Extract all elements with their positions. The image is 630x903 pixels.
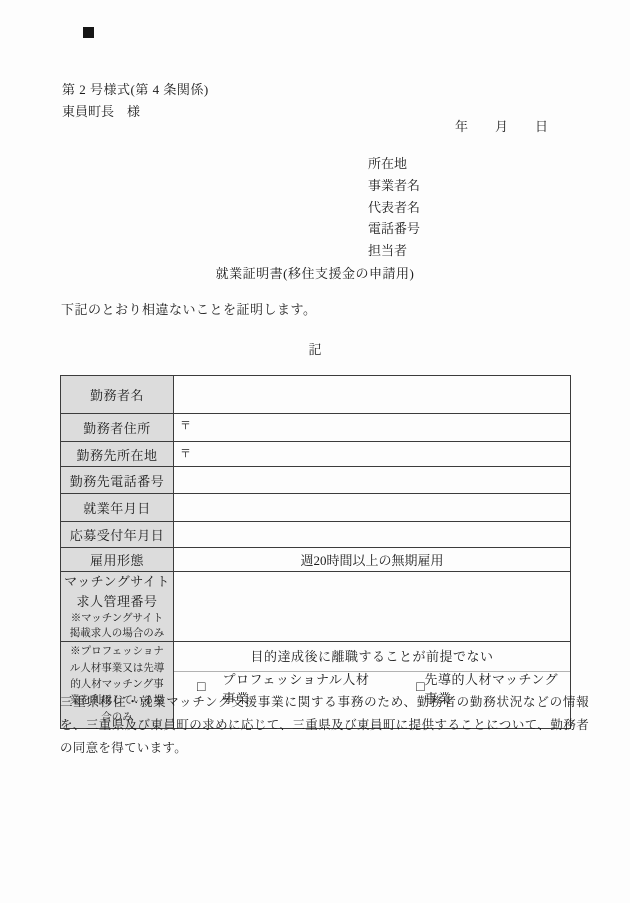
workplace-phone-field[interactable] xyxy=(174,467,571,494)
form-number: 第 2 号様式(第 4 条関係) xyxy=(62,79,209,98)
date-month-label: 月 xyxy=(495,116,508,135)
table-row: 勤務先所在地 〒 xyxy=(61,442,571,467)
addressee-line: 東員町長 様 xyxy=(62,101,140,120)
matching-site-number-label: マッチングサイト 求人管理番号 ※マッチングサイト 掲載求人の場合のみ xyxy=(61,572,174,642)
certify-statement: 下記のとおり相違ないことを証明します。 xyxy=(61,299,316,318)
table-row: 雇用形態 週20時間以上の無期雇用 xyxy=(61,548,571,572)
table-row: マッチングサイト 求人管理番号 ※マッチングサイト 掲載求人の場合のみ xyxy=(61,572,571,642)
table-row: 勤務先電話番号 xyxy=(61,467,571,494)
employment-date-field[interactable] xyxy=(174,494,571,522)
date-day-label: 日 xyxy=(535,116,548,135)
application-date-label: 応募受付年月日 xyxy=(61,522,174,548)
application-date-field[interactable] xyxy=(174,522,571,548)
sender-contact-label: 担当者 xyxy=(368,240,420,262)
employment-type-label: 雇用形態 xyxy=(61,548,174,572)
employment-type-value: 週20時間以上の無期雇用 xyxy=(174,548,571,572)
sender-address-label: 所在地 xyxy=(368,153,420,175)
sender-block: 所在地 事業者名 代表者名 電話番号 担当者 xyxy=(368,153,420,262)
sender-phone-label: 電話番号 xyxy=(368,218,420,240)
table-row: 勤務者住所 〒 xyxy=(61,414,571,442)
postal-mark: 〒 xyxy=(174,442,191,461)
worker-name-label: 勤務者名 xyxy=(61,376,174,414)
table-row: 勤務者名 xyxy=(61,376,571,414)
matching-site-number-label-text: マッチングサイト 求人管理番号 xyxy=(61,572,173,611)
date-year-label: 年 xyxy=(455,116,468,135)
table-row: 応募受付年月日 xyxy=(61,522,571,548)
record-mark: 記 xyxy=(0,339,630,358)
table-row: 就業年月日 xyxy=(61,494,571,522)
consent-paragraph: 三重県移住・就業マッチング支援事業に関する事務のため、勤務者の勤務状況などの情報… xyxy=(60,691,589,760)
workplace-address-label: 勤務先所在地 xyxy=(61,442,174,467)
worker-name-field[interactable] xyxy=(174,376,571,414)
document-page: 第 2 号様式(第 4 条関係) 東員町長 様 年 月 日 所在地 事業者名 代… xyxy=(0,0,630,903)
sender-business-name-label: 事業者名 xyxy=(368,175,420,197)
employment-date-label: 就業年月日 xyxy=(61,494,174,522)
workplace-address-field[interactable]: 〒 xyxy=(174,442,571,467)
worker-address-field[interactable]: 〒 xyxy=(174,414,571,442)
sender-representative-label: 代表者名 xyxy=(368,197,420,219)
document-title: 就業証明書(移住支援金の申請用) xyxy=(0,263,630,282)
postal-mark: 〒 xyxy=(174,414,191,433)
worker-address-label: 勤務者住所 xyxy=(61,414,174,442)
scan-artifact-square xyxy=(83,27,94,38)
employment-certificate-table: 勤務者名 勤務者住所 〒 勤務先所在地 〒 勤務先電話番号 就業年月日 応募受付… xyxy=(60,375,571,729)
matching-site-number-field[interactable] xyxy=(174,572,571,642)
no-resign-premise-statement: 目的達成後に離職することが前提でない xyxy=(174,642,570,672)
workplace-phone-label: 勤務先電話番号 xyxy=(61,467,174,494)
date-line: 年 月 日 xyxy=(455,116,548,135)
matching-site-number-note: ※マッチングサイト 掲載求人の場合のみ xyxy=(61,611,173,641)
